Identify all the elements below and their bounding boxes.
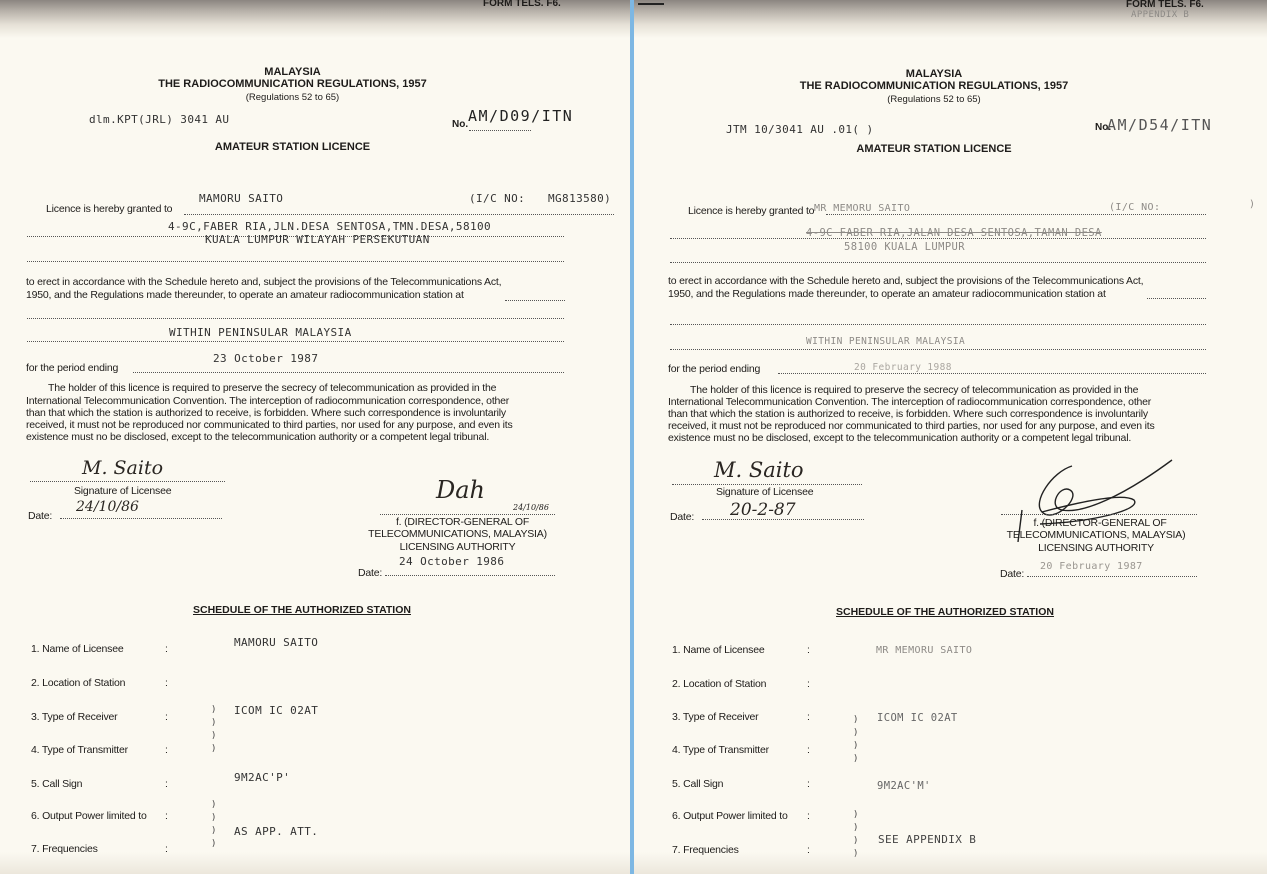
schedule-row-value: SEE APPENDIX B <box>878 833 976 846</box>
ic-number: MG813580) <box>548 192 611 205</box>
address-line-1: 4-9C FABER RIA,JALAN DESA SENTOSA,TAMAN … <box>806 227 1102 239</box>
authority-signature: Dah <box>436 476 485 504</box>
file-reference: JTM 10/3041 AU .01( ) <box>726 123 873 136</box>
schedule-row-label: 2. Location of Station <box>31 677 125 689</box>
licence-number: AM/D54/ITN <box>1107 116 1212 134</box>
secrecy-line-1: The holder of this licence is required t… <box>690 384 1138 397</box>
licensee-date-label: Date: <box>670 511 694 523</box>
schedule-row-value: ICOM IC 02AT <box>877 712 958 724</box>
licensee-signature: M. Saito <box>714 458 804 482</box>
secrecy-line-3: than that which the station is authorize… <box>26 407 506 420</box>
authority-line-2: TELECOMMUNICATIONS, MALAYSIA) <box>360 528 555 540</box>
licensee-date-label: Date: <box>28 510 52 522</box>
period-end-date: 23 October 1987 <box>213 352 318 365</box>
schedule-row-label: 6. Output Power limited to <box>31 810 147 822</box>
schedule-title: SCHEDULE OF THE AUTHORIZED STATION <box>193 604 411 616</box>
secrecy-line-2: International Telecommunication Conventi… <box>668 396 1151 409</box>
secrecy-line-4: received, it must not be reproduced nor … <box>26 419 513 432</box>
signature-label: Signature of Licensee <box>74 485 171 497</box>
secrecy-line-5: existence must no be disclosed, except t… <box>668 432 1131 445</box>
schedule-row-label: 4. Type of Transmitter <box>672 744 769 756</box>
granted-to-label: Licence is hereby granted to <box>46 203 172 215</box>
form-annotation: APPENDIX B <box>1131 10 1189 20</box>
schedule-row-label: 1. Name of Licensee <box>31 643 124 655</box>
schedule-row-label: 5. Call Sign <box>31 778 82 790</box>
erect-text-line-2: 1950, and the Regulations made thereunde… <box>668 288 1106 301</box>
schedule-row-value: AS APP. ATT. <box>234 825 318 838</box>
authority-line-3: LICENSING AUTHORITY <box>360 541 555 553</box>
schedule-row-label: 3. Type of Receiver <box>672 711 758 723</box>
secrecy-line-5: existence must no be disclosed, except t… <box>26 431 489 444</box>
authority-line-3: LICENSING AUTHORITY <box>996 542 1196 554</box>
secrecy-line-1: The holder of this licence is required t… <box>48 382 496 395</box>
period-end-date: 20 February 1988 <box>854 362 952 373</box>
regulation-range: (Regulations 52 to 65) <box>634 94 1234 105</box>
form-id: FORM TELS. F6. <box>1126 0 1204 10</box>
schedule-row-label: 1. Name of Licensee <box>672 644 765 656</box>
erect-text-line-1: to erect in accordance with the Schedule… <box>26 276 501 289</box>
authority-date: 20 February 1987 <box>1040 561 1143 572</box>
ic-label: (I/C NO: <box>469 192 525 205</box>
authority-line-1: f. (DIRECTOR-GENERAL OF <box>380 516 545 528</box>
schedule-row-label: 2. Location of Station <box>672 678 766 690</box>
country-heading: MALAYSIA <box>0 66 585 78</box>
secrecy-line-3: than that which the station is authorize… <box>668 408 1148 421</box>
authority-date-label: Date: <box>358 567 382 579</box>
secrecy-line-4: received, it must not be reproduced nor … <box>668 420 1155 433</box>
address-line-2: 58100 KUALA LUMPUR <box>844 241 965 253</box>
licence-title: AMATEUR STATION LICENCE <box>634 143 1234 155</box>
licensee-date: 20-2-87 <box>730 500 796 520</box>
licensee-signature: M. Saito <box>82 457 163 479</box>
schedule-row-label: 3. Type of Receiver <box>31 711 117 723</box>
authority-date-label: Date: <box>1000 568 1024 580</box>
granted-to-label: Licence is hereby granted to <box>688 205 814 217</box>
period-label: for the period ending <box>668 363 760 375</box>
schedule-row-value: MAMORU SAITO <box>234 636 318 649</box>
address-line-1: 4-9C,FABER RIA,JLN.DESA SENTOSA,TMN.DESA… <box>168 220 491 233</box>
licence-title: AMATEUR STATION LICENCE <box>0 141 585 153</box>
country-heading: MALAYSIA <box>634 68 1234 80</box>
schedule-row-label: 4. Type of Transmitter <box>31 744 128 756</box>
station-location: WITHIN PENINSULAR MALAYSIA <box>806 336 965 347</box>
authority-date: 24 October 1986 <box>399 555 504 568</box>
schedule-row-label: 5. Call Sign <box>672 778 723 790</box>
regulation-title: THE RADIOCOMMUNICATION REGULATIONS, 1957 <box>0 78 585 90</box>
station-location: WITHIN PENINSULAR MALAYSIA <box>169 326 352 339</box>
schedule-row-value: ICOM IC 02AT <box>234 704 318 717</box>
licensee-date: 24/10/86 <box>76 499 139 515</box>
schedule-row-value: 9M2AC'M' <box>877 780 931 792</box>
ic-number: ) <box>1249 199 1255 210</box>
licensee-name: MR MEMORU SAITO <box>814 203 910 214</box>
file-reference: dlm.KPT(JRL) 3041 AU <box>89 113 229 126</box>
erect-text-line-1: to erect in accordance with the Schedule… <box>668 275 1143 288</box>
licence-document-1987: FORM TELS. F6. APPENDIX B MALAYSIA THE R… <box>634 0 1267 874</box>
regulation-range: (Regulations 52 to 65) <box>0 92 585 103</box>
authority-initial-date: 24/10/86 <box>513 503 549 512</box>
no-label: No. <box>452 119 468 130</box>
licence-document-1986: FORM TELS. F6. MALAYSIA THE RADIOCOMMUNI… <box>0 0 630 874</box>
authority-line-1: f. (DIRECTOR-GENERAL OF <box>1015 517 1185 529</box>
address-line-2: KUALA LUMPUR WILAYAH PERSEKUTUAN <box>205 233 430 246</box>
secrecy-line-2: International Telecommunication Conventi… <box>26 395 509 408</box>
signature-label: Signature of Licensee <box>716 486 813 498</box>
schedule-row-value: 9M2AC'P' <box>234 771 290 784</box>
ic-label: (I/C NO: <box>1109 202 1160 213</box>
schedule-row-value: MR MEMORU SAITO <box>876 645 972 656</box>
schedule-title: SCHEDULE OF THE AUTHORIZED STATION <box>836 606 1054 618</box>
erect-text-line-2: 1950, and the Regulations made thereunde… <box>26 289 464 302</box>
licence-number: AM/D09/ITN <box>468 107 573 125</box>
regulation-title: THE RADIOCOMMUNICATION REGULATIONS, 1957 <box>634 80 1234 92</box>
schedule-row-label: 6. Output Power limited to <box>672 810 788 822</box>
period-label: for the period ending <box>26 362 118 374</box>
authority-line-2: TELECOMMUNICATIONS, MALAYSIA) <box>996 529 1196 541</box>
licensee-name: MAMORU SAITO <box>199 192 283 205</box>
form-id: FORM TELS. F6. <box>483 0 561 9</box>
